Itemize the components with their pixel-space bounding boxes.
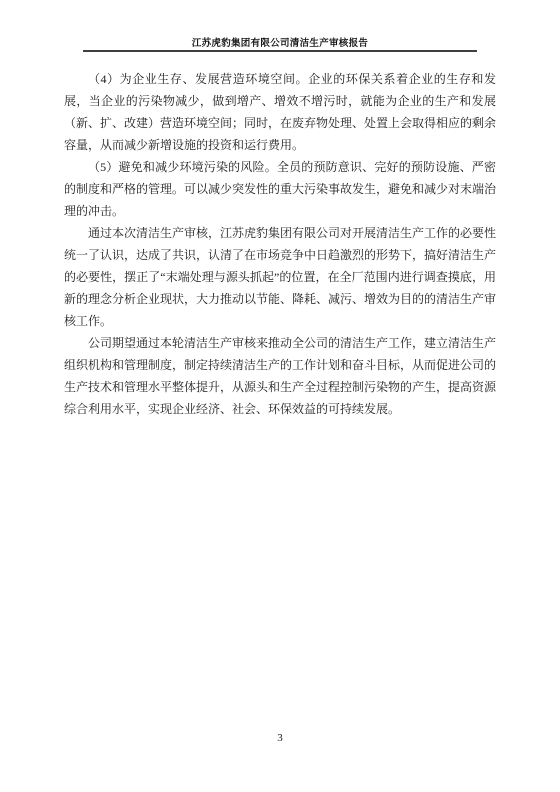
page-number: 3 [277,732,283,744]
header-rule [83,50,477,52]
page-footer: 3 [0,728,560,746]
body-paragraph: （5）避免和减少环境污染的风险。全员的预防意识、完好的预防设施、严密的制度和严格… [64,156,496,222]
document-page: 江苏虎豹集团有限公司清洁生产审核报告 （4）为企业生存、发展营造环境空间。企业的… [0,0,560,792]
body-paragraph: 公司期望通过本轮清洁生产审核来推动全公司的清洁生产工作，建立清洁生产组织机构和管… [64,332,496,420]
header-title: 江苏虎豹集团有限公司清洁生产审核报告 [192,39,368,49]
body-paragraph: （4）为企业生存、发展营造环境空间。企业的环保关系着企业的生存和发展，当企业的污… [64,68,496,156]
document-body: （4）为企业生存、发展营造环境空间。企业的环保关系着企业的生存和发展，当企业的污… [64,68,496,420]
body-paragraph: 通过本次清洁生产审核，江苏虎豹集团有限公司对开展清洁生产工作的必要性统一了认识，… [64,222,496,332]
page-header: 江苏虎豹集团有限公司清洁生产审核报告 [0,33,560,51]
